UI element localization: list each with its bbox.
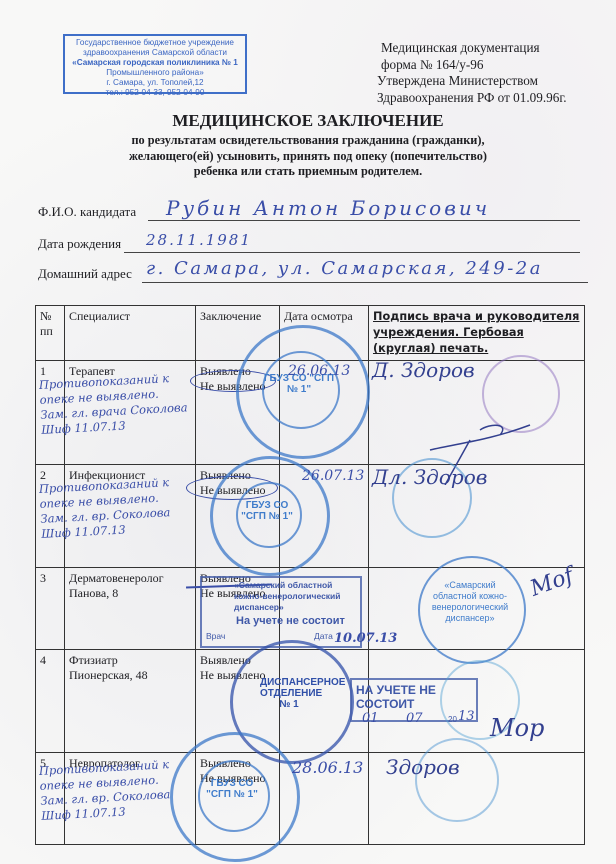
form-id-line: форма № 164/у-96: [377, 57, 567, 74]
rect-stamp-doctor-label: Врач: [206, 631, 225, 642]
name-value: Рубин Антон Борисович: [166, 196, 490, 220]
stamp-day: 01: [362, 711, 379, 726]
specialist-note: Пионерская, 48: [69, 668, 191, 683]
row-num: 3: [36, 568, 65, 650]
form-identification: Медицинская документация форма № 164/у-9…: [377, 40, 567, 106]
stamp-month: 07: [406, 711, 423, 726]
stamp-line: тел.: 952-04-33, 952-04-90: [65, 88, 245, 98]
row-specialist: ДерматовенерологПанова, 8: [65, 568, 196, 650]
handwritten-note: Противопоказаний к опеке не выявлено. За…: [39, 756, 192, 824]
form-id-line: Медицинская документация: [377, 40, 567, 57]
seal-text: «Самарский областной кожно-венерологичес…: [430, 580, 510, 624]
doctor-personal-stamp: [415, 738, 499, 822]
specialist-note: Панова, 8: [69, 586, 191, 601]
address-field: Домашний адрес г. Самара, ул. Самарская,…: [38, 266, 132, 282]
seal-text: ГБУЗ СО "СГП № 1": [198, 778, 266, 800]
rect-stamp-status: На учете не состоит: [206, 616, 356, 627]
rect-stamp-org: «Самарский областной кожно-венерологичес…: [206, 580, 356, 613]
row-num: 4: [36, 650, 65, 753]
form-id-line: Здравоохранения РФ от 01.09.96г.: [377, 90, 567, 107]
doctor-signature: Мор: [490, 714, 544, 742]
institution-stamp: Государственное бюджетное учреждение здр…: [63, 34, 247, 94]
document-subtitle: по результатам освидетельствования гражд…: [0, 133, 616, 180]
birth-date-field: Дата рождения 28.11.1981: [38, 236, 121, 252]
subtitle-line: ребенка или стать приемным родителем.: [0, 164, 616, 180]
stamp-line: г. Самара, ул. Тополей,12: [65, 78, 245, 88]
address-value: г. Самара, ул. Самарская, 249-2а: [146, 258, 543, 279]
underline: [124, 252, 580, 253]
stamp-line: здравоохранения Самарской области: [65, 48, 245, 58]
seal-text: ГБУЗ СО "СГП № 1": [236, 500, 298, 522]
rect-stamp-date-value: 10.07.13: [334, 633, 397, 644]
doctor-signature: Дл. Здоров: [372, 465, 487, 489]
rect-stamp-date-label: Дата: [314, 631, 333, 642]
handwritten-note: Противопоказаний к опеке не выявлено. За…: [39, 370, 192, 438]
candidate-name-field: Ф.И.О. кандидата Рубин Антон Борисович: [38, 204, 136, 220]
header-signature: Подпись врача и руководителя учреждения.…: [369, 306, 585, 361]
form-id-line: Утверждена Министерством: [377, 73, 567, 90]
underline: [142, 282, 588, 283]
doctor-signature: Д. Здоров: [372, 358, 475, 382]
document-title: МЕДИЦИНСКОЕ ЗАКЛЮЧЕНИЕ: [0, 111, 616, 131]
underline: [148, 220, 580, 221]
exam-date: 26.07.13: [302, 468, 364, 484]
birth-label: Дата рождения: [38, 236, 121, 251]
address-label: Домашний адрес: [38, 266, 132, 281]
name-label: Ф.И.О. кандидата: [38, 204, 136, 219]
dispensary-rect-stamp: «Самарский областной кожно-венерологичес…: [200, 576, 362, 648]
exam-date: 26.06.13: [288, 363, 350, 379]
specialist-name: Фтизиатр: [69, 653, 191, 668]
doctor-signature: Здоров: [386, 755, 460, 779]
specialist-name: Дерматовенеролог: [69, 571, 191, 586]
subtitle-line: желающего(ей) усыновить, принять под опе…: [0, 149, 616, 165]
header-num: № пп: [36, 306, 65, 361]
subtitle-line: по результатам освидетельствования гражд…: [0, 133, 616, 149]
row-specialist: ФтизиатрПионерская, 48: [65, 650, 196, 753]
header-specialist: Специалист: [65, 306, 196, 361]
birth-value: 28.11.1981: [146, 231, 252, 249]
stamp-line: «Самарская городская поликлиника № 1: [65, 58, 245, 68]
handwritten-note: Противопоказаний к опеке не выявлено. За…: [39, 474, 192, 542]
stamp-line: Промышленного района»: [65, 68, 245, 78]
exam-date: 28.06.13: [292, 758, 363, 777]
seal-text: ДИСПАНСЕРНОЕ ОТДЕЛЕНИЕ № 1: [260, 677, 318, 710]
stamp-line: Государственное бюджетное учреждение: [65, 38, 245, 48]
